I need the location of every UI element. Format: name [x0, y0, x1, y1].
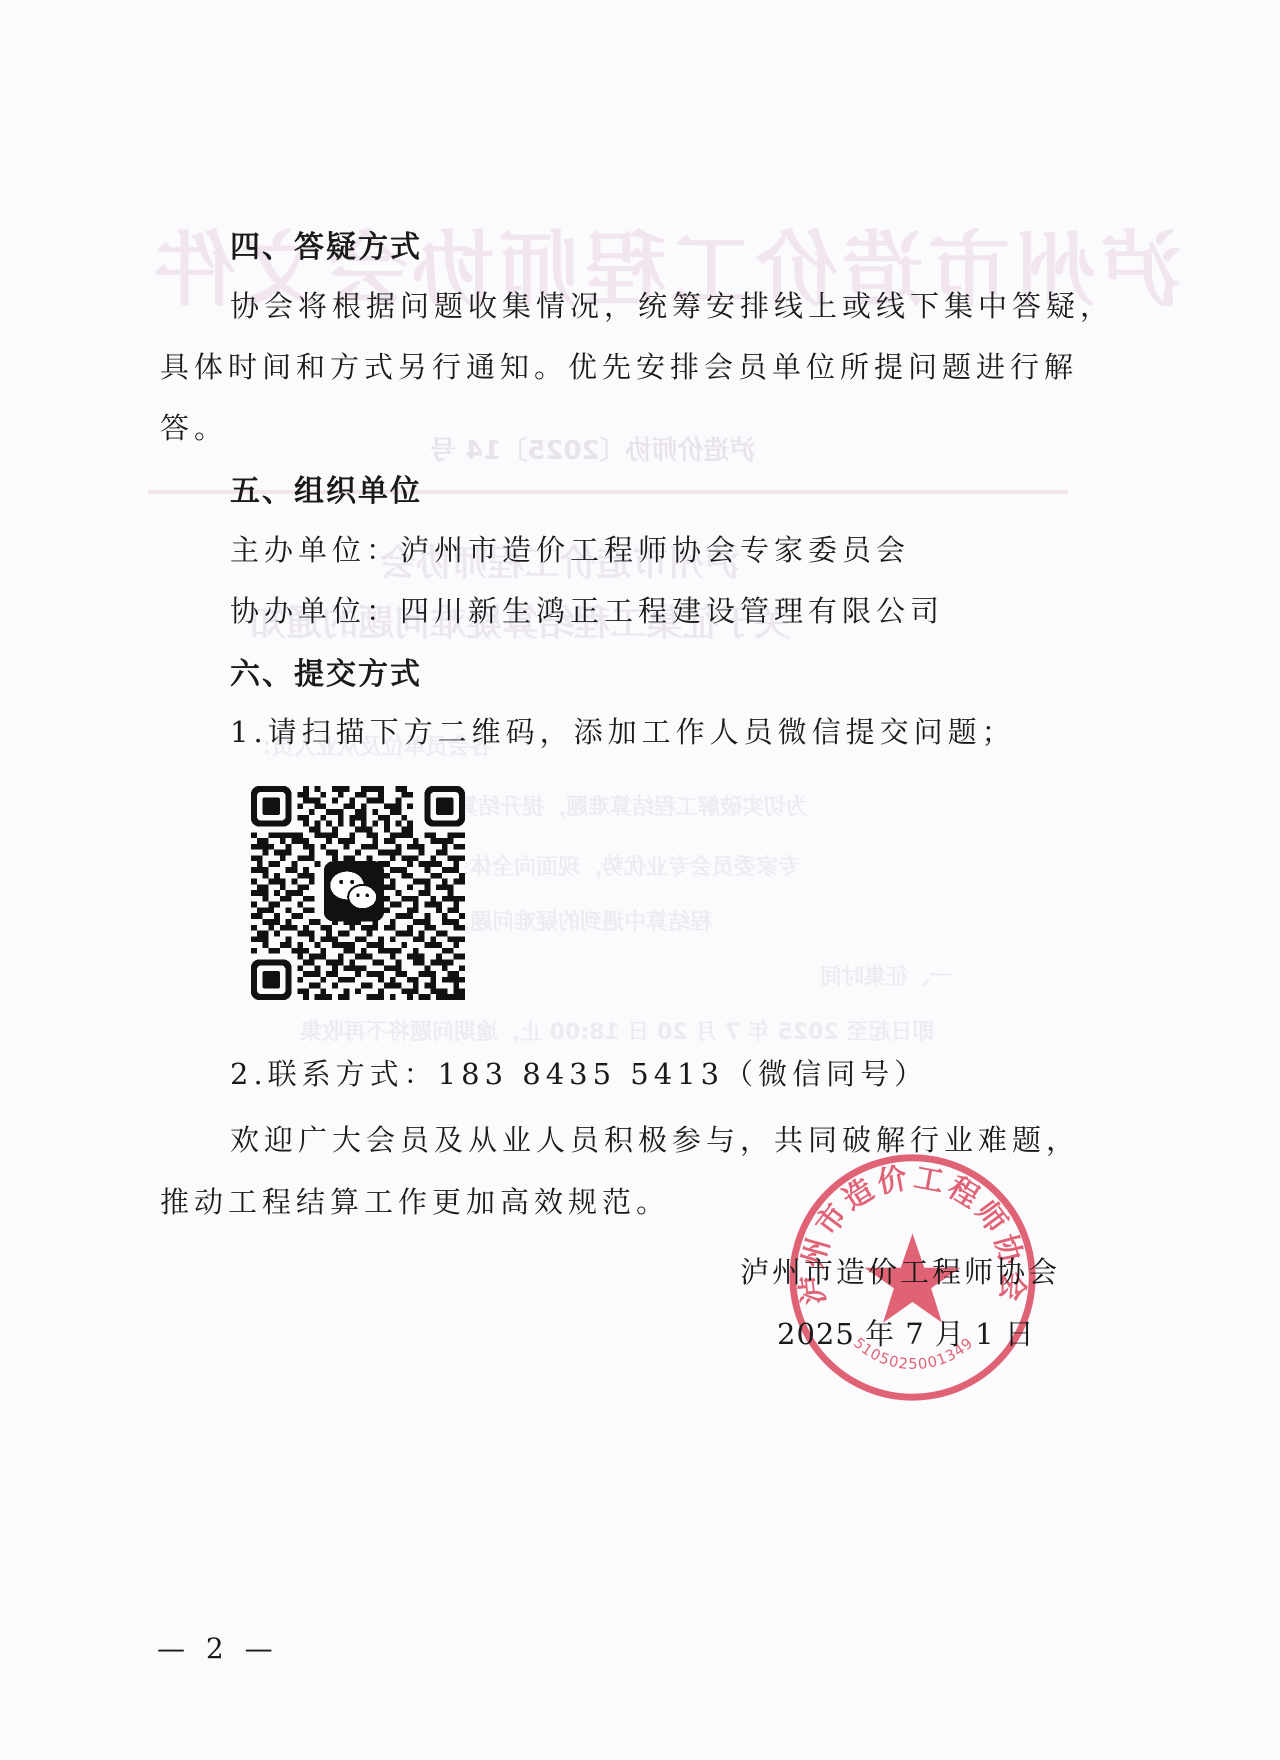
host-organizer: 主办单位：泸州市造价工程师协会专家委员会 [230, 528, 910, 569]
body-line: 具体时间和方式另行通知。优先安排会员单位所提问题进行解 [160, 345, 1078, 386]
bleed-through-line: 一、征集时间 [820, 960, 952, 991]
signature-organization: 泸州市造价工程师协会 [740, 1250, 1060, 1291]
bleed-through-doc-number: 泸造价师协〔2025〕14 号 [430, 430, 756, 467]
section-heading-organizers: 五、组织单位 [230, 466, 422, 510]
document-page: 泸州市造价工程师协会文件 泸造价师协〔2025〕14 号 泸州市造价工程师协会 … [0, 0, 1280, 1760]
signature-date: 2025 年 7 月 1 日 [777, 1312, 1035, 1353]
body-line: 协会将根据问题收集情况，统筹安排线上或线下集中答疑， [230, 284, 1114, 325]
wechat-qr-code-icon[interactable] [250, 786, 466, 1000]
contact-phone: 2.联系方式：183 8435 5413（微信同号） [230, 1052, 928, 1093]
closing-line: 推动工程结算工作更加高效规范。 [160, 1180, 670, 1221]
submission-item-qr: 1.请扫描下方二维码，添加工作人员微信提交问题； [230, 710, 1016, 751]
body-line: 答。 [160, 406, 228, 447]
bleed-through-line: 即日起至 2025 年 7 月 20 日 18:00 止，逾期问题将不再收集 [300, 1015, 934, 1046]
section-heading-submission: 六、提交方式 [230, 649, 422, 693]
page-number: — 2 — [157, 1632, 279, 1665]
co-organizer: 协办单位：四川新生鸿正工程建设管理有限公司 [230, 589, 944, 630]
section-heading-q-and-a: 四、答疑方式 [230, 222, 422, 266]
